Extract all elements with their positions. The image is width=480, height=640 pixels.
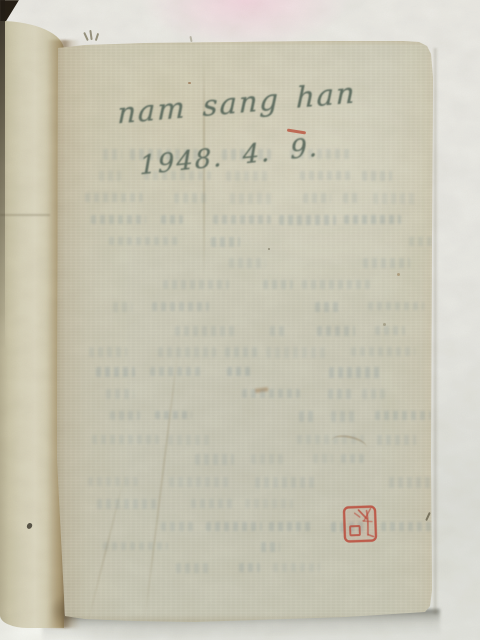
ghost-print-segment [331,411,356,422]
ghost-print-segment [230,193,273,204]
ghost-print-segment [269,522,314,531]
ghost-print-segment [99,171,121,181]
ghost-print-segment [362,171,392,182]
ghost-print-segment [88,477,138,486]
ghost-print-segment [229,258,266,268]
ghost-print-segment [191,499,236,509]
ghost-print-segment [302,280,370,289]
ghost-print-segment [329,367,383,378]
ghost-print-segment [97,499,158,510]
ghost-print-segment [261,542,280,552]
cover-crease-line [0,214,50,216]
ghost-print-segment [113,302,132,313]
ghost-print-segment [251,454,285,464]
ghost-print-segment [227,367,254,376]
ghost-print-segment [328,389,354,399]
ghost-print-segment [211,237,240,248]
ghost-print-segment [373,193,417,203]
ghost-print-segment [245,499,294,508]
ghost-print-segment [195,454,234,464]
ghost-print-segment [106,389,133,399]
ghost-print-segment [163,280,229,290]
ghost-print-segment [169,477,230,486]
ghost-print-segment [150,367,205,376]
ghost-print-segment [168,435,210,446]
page-edge-shadow [434,48,438,614]
paper-fiber-tuft [89,30,92,40]
ghost-print-segment [161,522,193,531]
ghost-print-segment [85,193,143,202]
ghost-print-segment [343,193,362,202]
main-blank-page: nam sang han 1948. 4. 9. [55,38,435,625]
ghost-print-segment [313,454,334,463]
ghost-print-segment [381,522,442,531]
ghost-print-segment [303,193,330,202]
ghost-print-segment [300,171,350,180]
ghost-print-segment [242,389,301,399]
ghost-print-segment [103,542,169,551]
ghost-print-segment [103,149,122,160]
ghost-print-segment [225,347,258,357]
photo-of-open-book: nam sang han 1948. 4. 9. [0,0,480,640]
ghost-print-segment [161,215,183,225]
ghost-print-segment [270,326,286,337]
ghost-print-segment [297,435,364,444]
ghost-print-segment [279,215,336,226]
ghost-print-segment [377,435,416,445]
ghost-print-segment [155,411,191,420]
ghost-print-segment [175,326,237,337]
ghost-print-segment [263,280,293,290]
ghost-print-segment [375,326,405,335]
ghost-print-segment [266,347,328,358]
red-seal-stamp [341,503,379,544]
ghost-print-segment [91,215,146,225]
ghost-print-segment [273,563,320,572]
ghost-print-segment [362,389,385,400]
ghost-print-segment [89,347,128,357]
ghost-print-segment [96,367,135,377]
ghost-print-segment [317,326,356,336]
ghost-print-segment [315,302,342,313]
ghost-print-segment [368,302,424,311]
paper-fiber-tuft [189,36,192,42]
ghost-print-segment [226,171,270,181]
ghost-print-segment [213,215,272,224]
ghost-print-segment [409,237,453,247]
ghost-print-segment [152,302,209,311]
paper-fiber-tuft [83,32,89,41]
ghost-print-segment [206,522,262,531]
ghost-print-segment [176,563,212,573]
ghost-print-segment [109,237,177,246]
ghost-print-segment [110,411,140,420]
ghost-print-segment [174,193,210,203]
paper-fiber-tuft [95,33,99,41]
ghost-print-segment [389,477,455,487]
ghost-print-segment [92,435,159,444]
ghost-print-segment [239,563,260,572]
dark-background-sliver [0,0,5,350]
ghost-print-segment [299,411,317,422]
ghost-print-segment [351,347,415,356]
ghost-print-segment [158,347,216,357]
ghost-print-segment [255,477,317,488]
ghost-print-segment [375,411,431,420]
ghost-print-segment [363,258,410,268]
ghost-print-segment [344,215,401,225]
ghost-print-segment [341,454,364,463]
